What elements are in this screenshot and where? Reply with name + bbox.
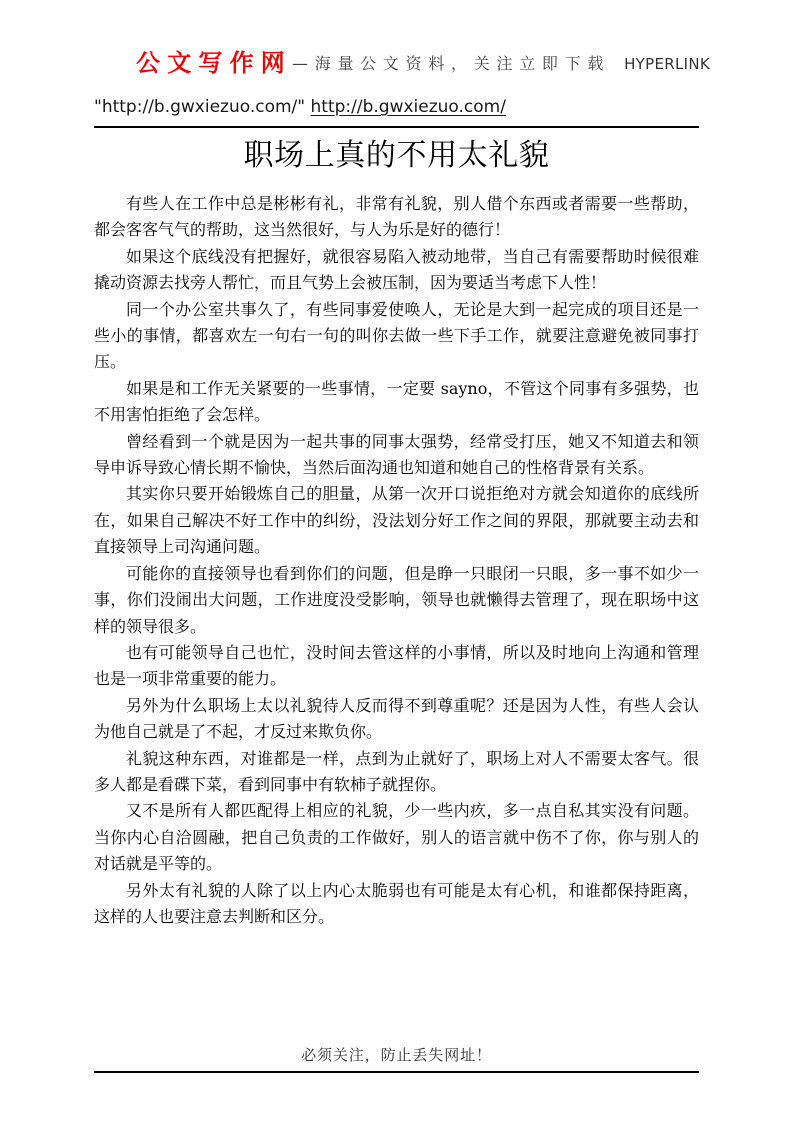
page-header: 公文写作网—海量公文资料，关注立即下载HYPERLINK "http://b.g… <box>94 0 699 128</box>
site-brand: 公文写作网 <box>136 49 292 77</box>
paragraph: 同一个办公室共事久了，有些同事爱使唤人，无论是大到一起完成的项目还是一些小的事情… <box>94 297 699 376</box>
paragraph: 有些人在工作中总是彬彬有礼，非常有礼貌，别人借个东西或者需要一些帮助，都会客客气… <box>94 191 699 244</box>
document-title: 职场上真的不用太礼貌 <box>94 133 699 179</box>
footer-divider <box>94 1071 699 1073</box>
footer-notice: 必须关注，防止丢失网址！ <box>94 1042 699 1068</box>
paragraph: 可能你的直接领导也看到你们的问题，但是睁一只眼闭一只眼，多一事不如少一事，你们没… <box>94 561 699 640</box>
document-main: 职场上真的不用太礼貌 有些人在工作中总是彬彬有礼，非常有礼貌，别人借个东西或者需… <box>94 133 699 930</box>
site-url-link[interactable]: http://b.gwxiezuo.com/ <box>311 97 506 117</box>
header-tagline: —海量公文资料，关注立即下载 <box>292 54 610 73</box>
header-url-line: "http://b.gwxiezuo.com/" http://b.gwxiez… <box>94 95 699 119</box>
paragraph: 如果这个底线没有把握好，就很容易陷入被动地带，当自己有需要帮助时候很难撬动资源去… <box>94 244 699 297</box>
paragraph: 又不是所有人都匹配得上相应的礼貌，少一些内疚，多一点自私其实没有问题。当你内心自… <box>94 798 699 877</box>
document-page: 公文写作网—海量公文资料，关注立即下载HYPERLINK "http://b.g… <box>0 0 793 1121</box>
paragraph: 其实你只要开始锻炼自己的胆量，从第一次开口说拒绝对方就会知道你的底线所在，如果自… <box>94 481 699 560</box>
page-footer: 必须关注，防止丢失网址！ <box>94 1042 699 1073</box>
paragraph: 也有可能领导自己也忙，没时间去管这样的小事情，所以及时地向上沟通和管理也是一项非… <box>94 640 699 693</box>
paragraph: 礼貌这种东西，对谁都是一样，点到为止就好了，职场上对人不需要太客气。很多人都是看… <box>94 746 699 799</box>
paragraph: 另外为什么职场上太以礼貌待人反而得不到尊重呢？还是因为人性，有些人会认为他自己就… <box>94 693 699 746</box>
document-body: 有些人在工作中总是彬彬有礼，非常有礼貌，别人借个东西或者需要一些帮助，都会客客气… <box>94 191 699 930</box>
paragraph: 另外太有礼貌的人除了以上内心太脆弱也有可能是太有心机，和谁都保持距离，这样的人也… <box>94 878 699 931</box>
paragraph: 如果是和工作无关紧要的一些事情，一定要 sayno，不管这个同事有多强势，也不用… <box>94 376 699 429</box>
header-brand-line: 公文写作网—海量公文资料，关注立即下载HYPERLINK <box>94 48 699 79</box>
site-url-quoted: "http://b.gwxiezuo.com/" <box>94 97 305 117</box>
hyperlink-field-label: HYPERLINK <box>624 55 710 73</box>
paragraph: 曾经看到一个就是因为一起共事的同事太强势，经常受打压，她又不知道去和领导申诉导致… <box>94 429 699 482</box>
